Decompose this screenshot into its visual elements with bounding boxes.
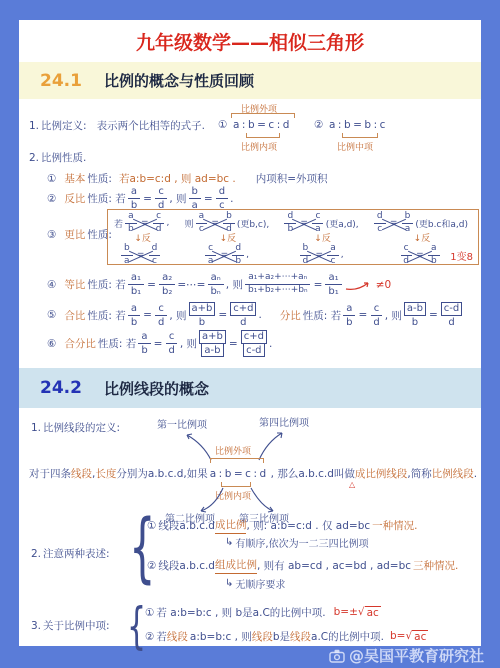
definition-label: 比例定义: <box>41 118 87 133</box>
fourth-term-label: 第四比例项 <box>259 414 309 429</box>
cross-equals: = <box>388 218 400 228</box>
formula-cell: bd = ac , <box>300 244 346 267</box>
equal-ratio-property-line: ④ 等比 性质: 若 a₁b₁ = a₂b₂ =⋯= aₙbₙ , 则 a₁+a… <box>47 272 393 297</box>
fraction: a₂b₂ <box>159 272 175 297</box>
highlight-proportion-segments: 比例线段 <box>432 466 474 481</box>
subnote-text: 有顺序,依次为一二三四比例项 <box>235 535 368 550</box>
circled-number: ① <box>147 520 156 532</box>
segment-definition-sentence: 对于四条 线段 , 长度 分别为a.b.c.d,如果 a:b=c:d , 那么a… <box>29 466 479 481</box>
properties-label: 比例性质. <box>41 150 86 165</box>
watermark: @吴国平教育研究社 <box>329 645 484 666</box>
cross-equals: = <box>209 218 221 228</box>
definition-text: 表示两个比相等的式子. <box>97 118 205 133</box>
composition-property-line: ⑤ 合比 性质: 若 ab = cd , 则 a+bb = c+dd . 分比 … <box>47 302 464 328</box>
property-name-rest: 性质: 若 <box>303 308 341 323</box>
section-title: 比例的概念与性质回顾 <box>104 70 254 91</box>
fraction: cd <box>155 303 167 328</box>
cross-equals: = <box>414 250 426 260</box>
fraction: bd <box>300 244 312 267</box>
equals-sign: = <box>313 279 324 291</box>
curved-arrow-icon <box>253 428 289 462</box>
then-text: , 则 <box>169 191 186 206</box>
period: . <box>258 309 261 321</box>
note: , <box>166 218 169 228</box>
mean-formula: b=√ac <box>390 630 428 643</box>
down-arrow-icon: ↓ <box>134 234 142 244</box>
highlight-segment: 线段 <box>252 629 273 644</box>
statement-2-line: ② 线段a.b.c.d 组成比例 , 则有 ab=cd , ac=bd , ad… <box>147 557 460 574</box>
page: { "theme": { "background_blue": "#5a7cd8… <box>0 0 500 668</box>
formula-prefix: b= <box>390 630 405 642</box>
fraction: cd <box>370 303 382 328</box>
boxed-fraction: c+dd <box>230 302 256 328</box>
property-name-rest: 性质: 若 <box>87 277 125 292</box>
mean-term-label: 比例中项 <box>337 140 373 153</box>
circled-number: ③ <box>47 229 56 241</box>
statement-1-line: ① 线段a.b.c.d 成比例 , 则: a:b=c:d . 仅 ad=bc 一… <box>147 517 419 534</box>
circled-number: ② <box>145 631 154 643</box>
statement-text: 线段a.b.c.d <box>158 518 215 533</box>
formula-cell: ba = dc <box>121 244 164 267</box>
statement-text: a:b=b:c , 则 <box>190 629 252 644</box>
alternation-property-heading: ③ 更比 性质: <box>47 227 114 242</box>
equals-sign: = <box>142 193 153 205</box>
item-number: 1. <box>31 422 41 434</box>
reciprocal-arrow: ↓反 <box>314 235 331 244</box>
fraction: ab <box>125 212 137 235</box>
cross-equals: = <box>135 250 147 260</box>
inner-terms-label: 比例内项 <box>241 140 277 153</box>
formula2: a:b=b:c <box>329 119 388 131</box>
alternation-col-3: db = ca (更a,d), ↓反 bd = ac , <box>284 212 360 262</box>
properties-heading: 2. 比例性质. <box>29 150 88 165</box>
fraction: ac <box>327 244 339 267</box>
circled-number: ① <box>145 607 154 619</box>
section-band-24-2: 24.2 比例线段的概念 <box>19 368 481 408</box>
equals-sign: = <box>142 309 153 321</box>
statement-2-subnote: ↳ 无顺序要求 <box>225 576 287 591</box>
formula-cell: cd = ab <box>400 244 443 267</box>
fraction: dc <box>149 244 161 267</box>
fraction: a₁b₁ <box>325 272 341 297</box>
circled-number: ② <box>47 193 56 205</box>
inner-terms-bracket <box>246 133 280 138</box>
circled-number: ④ <box>47 279 56 291</box>
item-number: 3. <box>31 620 41 632</box>
brace: { <box>127 600 146 652</box>
note: , <box>341 250 344 260</box>
fraction: ca <box>205 244 217 267</box>
page-title: 九年级数学——相似三角形 <box>19 28 481 55</box>
then-text: , 则 <box>169 308 186 323</box>
section-number: 24.1 <box>40 71 82 91</box>
boxed-fraction: c-dd <box>441 302 462 328</box>
mean-item-2-line: ② 若 线段 a:b=b:c , 则 线段 b是 线段 a.C的比例中项. b=… <box>145 629 430 644</box>
outer-terms-bracket <box>231 113 295 118</box>
ellipsis-equals: =⋯= <box>177 279 205 291</box>
sqrt-icon: √ac <box>405 630 428 643</box>
formula-cell: 则 ac = bd (更b,c), <box>185 212 272 235</box>
hook-arrow-icon: ↳ <box>225 537 233 548</box>
fraction: ba <box>402 212 414 235</box>
highlight-form-proportion: 组成比例 <box>215 557 257 574</box>
subnote-text: 无顺序要求 <box>235 576 285 591</box>
two-statements-heading: 2. 注意两种表述: <box>31 546 112 561</box>
outer-terms-label: 比例外项 <box>215 444 251 457</box>
section-number: 24.2 <box>40 378 82 398</box>
fraction: aₙbₙ <box>207 272 223 297</box>
item-number: 2. <box>31 548 41 560</box>
fraction: cd <box>400 244 412 267</box>
equals-sign: = <box>153 338 164 350</box>
highlight-segment: 线段 <box>71 466 92 481</box>
sentence-text: 对于四条 <box>29 466 71 481</box>
fraction: bd <box>223 212 235 235</box>
property-name: 分比 <box>280 308 301 323</box>
cross-equals: = <box>218 250 230 260</box>
sentence-text: ,简称 <box>407 466 431 481</box>
statement-text: 若 a:b=b:c , 则 b是a.C的比例中项. <box>156 605 325 620</box>
note: , <box>246 250 249 260</box>
segment-definition-heading: 1. 比例线段的定义: <box>31 420 122 435</box>
inline-formula: a:b=c:d <box>210 468 269 480</box>
formula1-number: ① <box>218 119 227 131</box>
mean-proportional-heading: 3. 关于比例中项: <box>31 618 112 633</box>
property-name: 合分比 <box>64 336 96 351</box>
fraction: ac <box>196 212 208 235</box>
statement-text: 线段a.b.c.d <box>158 558 215 573</box>
mean-terms-bracket <box>342 133 378 138</box>
hook-arrow-icon: ↳ <box>225 578 233 589</box>
sentence-text: 分别为a.b.c.d,如果 <box>116 466 207 481</box>
fraction: cd <box>155 186 167 211</box>
then-text: , 则 <box>226 277 243 292</box>
statement-text: , 则有 ab=cd , ac=bd , ad=bc <box>257 558 411 573</box>
double-boxed-fraction: c+dc-d <box>241 330 267 357</box>
circled-number: ⑥ <box>47 338 56 350</box>
property-name: 更比 <box>64 227 85 242</box>
property-name-rest: 性质: <box>87 171 112 186</box>
period: . <box>230 193 233 205</box>
double-boxed-fraction: a+ba-b <box>199 330 226 357</box>
boxed-fraction: a-bb <box>404 302 426 328</box>
property-name-rest: 性质: 若 <box>87 191 125 206</box>
fraction: ca <box>312 212 324 235</box>
inverse-property-line: ② 反比 性质: 若 ab = cd , 则 ba = dc . <box>47 186 235 211</box>
fraction: db <box>284 212 296 235</box>
reciprocal-arrow: ↓反 <box>220 235 237 244</box>
highlight-segment: 线段 <box>290 629 311 644</box>
then-text: 则 <box>185 217 194 230</box>
heading-label: 注意两种表述: <box>43 546 110 561</box>
alternation-col-2: 则 ac = bd (更b,c), ↓反 ca = db , <box>185 212 272 262</box>
equals-sign: = <box>203 193 214 205</box>
circled-number: ② <box>147 560 156 572</box>
equals-sign: = <box>217 309 228 321</box>
property-name-rest: 性质: 若 <box>87 308 125 323</box>
equals-sign: = <box>146 279 157 291</box>
watermark-text: @吴国平教育研究社 <box>349 645 484 666</box>
mean-item-1-line: ① 若 a:b=b:c , 则 b是a.C的比例中项. b=±√ac <box>145 605 383 620</box>
if-text: 若 <box>114 217 123 230</box>
mean-formula: b=±√ac <box>334 606 381 619</box>
radicand: ac <box>412 630 428 643</box>
property-name: 等比 <box>64 277 85 292</box>
formula-cell: 若 ab = cd , <box>114 212 171 235</box>
highlight-three-cases: 三种情况. <box>413 558 458 573</box>
highlight-proportional-segments: 成比例线段 <box>355 466 408 481</box>
sentence-text: , 那么a.b.c.d叫做 <box>271 466 355 481</box>
item-number: 1. <box>29 120 39 132</box>
formula-cell: dc = ba (更b.c和a,d) <box>374 212 470 235</box>
fraction: db <box>232 244 244 267</box>
highlight-one-case: 一种情况. <box>372 518 417 533</box>
fraction: ab <box>138 331 150 356</box>
formula-cell: db = ca (更a,d), <box>284 212 360 235</box>
flip-label: 反 <box>142 234 151 244</box>
statement-text: b是 <box>273 629 290 644</box>
note: (更a,d), <box>326 217 359 230</box>
outer-terms-bracket <box>210 458 264 463</box>
formula1: a:b=c:d <box>233 119 292 131</box>
proportion-definition-line: 1. 比例定义: 表示两个比相等的式子. <box>29 118 207 133</box>
alternation-box: 若 ab = cd , ↓反 ba = dc 则 ac = bd (更b,c), <box>107 209 479 265</box>
statement-text: 若 <box>156 629 167 644</box>
sqrt-icon: √ac <box>358 606 381 619</box>
curved-arrow-icon <box>344 278 374 292</box>
item-number: 2. <box>29 152 39 164</box>
fraction: cd <box>165 331 177 356</box>
radical-sign: √ <box>405 630 412 642</box>
highlight-length: 长度 <box>95 466 116 481</box>
triangle-mark: △ <box>349 480 355 489</box>
fraction: a₁b₁ <box>128 272 144 297</box>
highlight-in-proportion: 成比例 <box>215 517 247 534</box>
highlight-segment: 线段 <box>167 629 188 644</box>
cross-equals: = <box>313 250 325 260</box>
alternation-col-1: 若 ab = cd , ↓反 ba = dc <box>114 212 171 262</box>
circled-number: ⑤ <box>47 309 56 321</box>
sum-fraction: a₁+a₂+⋯+aₙb₁+b₂+⋯+bₙ <box>245 273 311 296</box>
formula2-number: ② <box>314 119 323 131</box>
fraction: ab <box>343 303 355 328</box>
one-to-eight-badge: 1变8 <box>450 248 473 263</box>
property-name: 合比 <box>64 308 85 323</box>
cross-equals: = <box>298 218 310 228</box>
fraction: ab <box>128 186 140 211</box>
statement-text: a.C的比例中项. <box>311 629 384 644</box>
basic-property-formula: 若a:b=c:d , 则 ad=bc . <box>119 171 236 186</box>
camera-logo-icon <box>329 649 345 663</box>
notes-card: 九年级数学——相似三角形 24.1 比例的概念与性质回顾 1. 比例定义: 表示… <box>19 20 481 646</box>
radical-sign: √ <box>358 606 365 618</box>
period: . <box>269 338 272 350</box>
equals-sign: = <box>428 309 439 321</box>
circled-number: ① <box>47 173 56 185</box>
reciprocal-arrow: ↓反 <box>134 235 151 244</box>
boxed-fraction: a+bb <box>189 302 216 328</box>
property-name: 基本 <box>64 171 85 186</box>
down-arrow-icon: ↓ <box>314 234 322 244</box>
formula-cell: ca = db , <box>205 244 251 267</box>
note: (更b,c), <box>237 217 269 230</box>
reciprocal-arrow: ↓反 <box>414 235 431 244</box>
property-name-rest: 性质: 若 <box>98 336 136 351</box>
heading-label: 关于比例中项: <box>43 618 110 633</box>
section-band-24-1: 24.1 比例的概念与性质回顾 <box>19 62 481 99</box>
fraction: ba <box>121 244 133 267</box>
period: . <box>474 468 477 480</box>
formula-prefix: b=± <box>334 606 358 618</box>
nonzero-note: ≠0 <box>376 279 391 291</box>
statement-1-subnote: ↳ 有顺序,依次为一二三四比例项 <box>225 535 371 550</box>
basic-property-note: 内项积=外项积 <box>256 171 328 186</box>
property-name: 反比 <box>64 191 85 206</box>
cross-equals: = <box>139 218 151 228</box>
then-text: , 则 <box>385 308 402 323</box>
fraction: dc <box>374 212 386 235</box>
then-text: , 则 <box>180 336 197 351</box>
note: (更b.c和a,d) <box>415 217 468 230</box>
equals-sign: = <box>358 309 369 321</box>
basic-property-line: ① 基本 性质: 若a:b=c:d , 则 ad=bc . 内项积=外项积 <box>47 171 330 186</box>
radicand: ac <box>365 606 381 619</box>
fraction: ba <box>189 186 201 211</box>
statement-text: , 则: a:b=c:d . 仅 ad=bc <box>246 518 370 533</box>
definition-label: 比例线段的定义: <box>43 420 120 435</box>
section-title: 比例线段的概念 <box>104 378 209 399</box>
fraction: dc <box>216 186 228 211</box>
fraction: cd <box>153 212 165 235</box>
fraction: ab <box>428 244 440 267</box>
first-term-label: 第一比例项 <box>157 416 207 431</box>
combined-property-line: ⑥ 合分比 性质: 若 ab = cd , 则 a+ba-b = c+dc-d … <box>47 330 274 357</box>
fraction: ab <box>128 303 140 328</box>
equals-sign: = <box>228 338 239 350</box>
flip-label: 反 <box>421 234 430 244</box>
